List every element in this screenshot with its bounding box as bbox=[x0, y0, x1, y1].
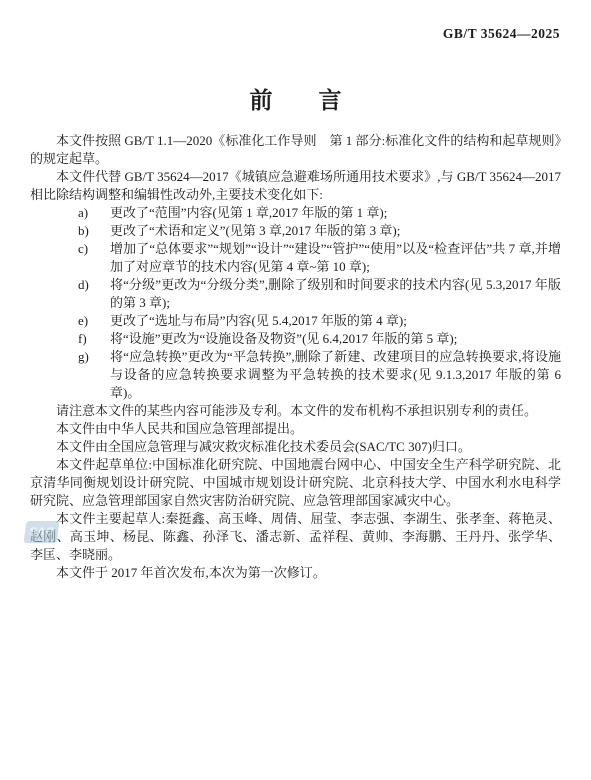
sac-watermark-stamp: SAC bbox=[23, 521, 59, 543]
standard-number: GB/T 35624—2025 bbox=[443, 26, 560, 42]
document-body: 本文件按照 GB/T 1.1—2020《标准化工作导则 第 1 部分:标准化文件… bbox=[30, 132, 561, 582]
change-item-text: 更改了“选址与布局”内容(见 5.4,2017 年版的第 4 章); bbox=[110, 313, 407, 328]
change-item-label: c) bbox=[78, 240, 88, 258]
change-item-f: f) 将“设施”更改为“设施设备及物资”(见 6.4,2017 年版的第 5 章… bbox=[30, 330, 561, 348]
document-page: GB/T 35624—2025 前 言 本文件按照 GB/T 1.1—2020《… bbox=[0, 0, 591, 780]
change-item-label: f) bbox=[78, 330, 87, 348]
patent-notice: 请注意本文件的某些内容可能涉及专利。本文件的发布机构不承担识别专利的责任。 bbox=[30, 402, 561, 420]
change-item-text: 将“应急转换”更改为“平急转换”,删除了新建、改建项目的应急转换要求,将设施与设… bbox=[110, 349, 561, 400]
intro-paragraph-1: 本文件按照 GB/T 1.1—2020《标准化工作导则 第 1 部分:标准化文件… bbox=[30, 132, 561, 168]
change-item-c: c) 增加了“总体要求”“规划”“设计”“建设”“管护”“使用”以及“检查评估”… bbox=[30, 240, 561, 276]
page-title: 前 言 bbox=[0, 82, 591, 115]
intro-paragraph-2: 本文件代替 GB/T 35624—2017《城镇应急避难场所通用技术要求》,与 … bbox=[30, 168, 561, 204]
change-item-d: d) 将“分级”更改为“分级分类”,删除了级别和时间要求的技术内容(见 5.3,… bbox=[30, 276, 561, 312]
change-item-text: 将“设施”更改为“设施设备及物资”(见 6.4,2017 年版的第 5 章); bbox=[110, 331, 457, 346]
change-item-a: a) 更改了“范围”内容(见第 1 章,2017 年版的第 1 章); bbox=[30, 204, 561, 222]
change-item-text: 更改了“术语和定义”(见第 3 章,2017 年版的第 3 章); bbox=[110, 223, 400, 238]
drafting-units: 本文件起草单位:中国标准化研究院、中国地震台网中心、中国安全生产科学研究院、北京… bbox=[30, 456, 561, 510]
proposed-by: 本文件由中华人民共和国应急管理部提出。 bbox=[30, 420, 561, 438]
change-item-label: a) bbox=[78, 204, 88, 222]
change-item-text: 将“分级”更改为“分级分类”,删除了级别和时间要求的技术内容(见 5.3,201… bbox=[110, 277, 561, 310]
change-item-b: b) 更改了“术语和定义”(见第 3 章,2017 年版的第 3 章); bbox=[30, 222, 561, 240]
change-item-label: e) bbox=[78, 312, 88, 330]
drafters: 本文件主要起草人:秦挺鑫、高玉峰、周倩、屈莹、李志强、李湖生、张孝奎、蒋艳灵、赵… bbox=[30, 510, 561, 564]
change-item-text: 增加了“总体要求”“规划”“设计”“建设”“管护”“使用”以及“检查评估”共 7… bbox=[110, 241, 561, 274]
change-item-label: b) bbox=[78, 222, 89, 240]
centralized-by: 本文件由全国应急管理与减灾救灾标准化技术委员会(SAC/TC 307)归口。 bbox=[30, 438, 561, 456]
change-item-g: g) 将“应急转换”更改为“平急转换”,删除了新建、改建项目的应急转换要求,将设… bbox=[30, 348, 561, 402]
change-item-text: 更改了“范围”内容(见第 1 章,2017 年版的第 1 章); bbox=[110, 205, 387, 220]
change-item-label: d) bbox=[78, 276, 89, 294]
change-item-e: e) 更改了“选址与布局”内容(见 5.4,2017 年版的第 4 章); bbox=[30, 312, 561, 330]
change-item-label: g) bbox=[78, 348, 89, 366]
revision-note: 本文件于 2017 年首次发布,本次为第一次修订。 bbox=[30, 564, 561, 582]
